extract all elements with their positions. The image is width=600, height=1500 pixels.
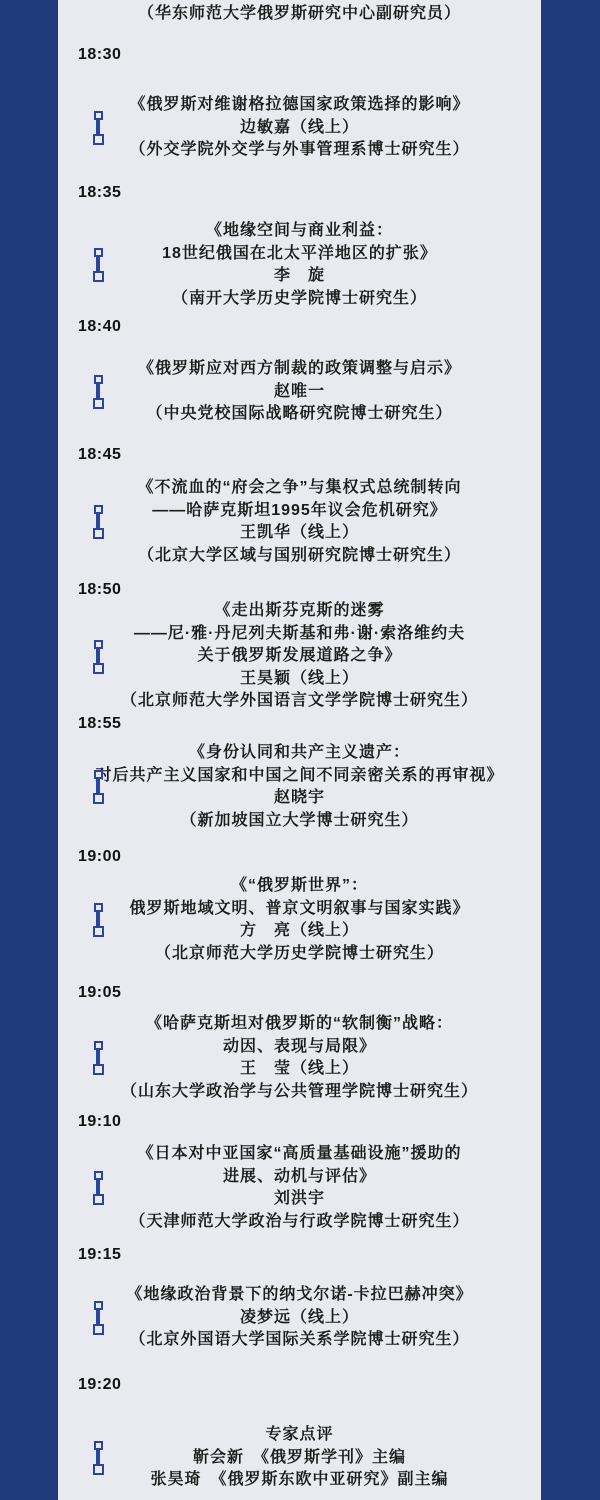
timeline-link-icon xyxy=(92,770,105,804)
entry-text-line: 进展、动机与评估》 xyxy=(58,1166,541,1189)
entry-text-line: 靳会新 《俄罗斯学刊》主编 xyxy=(58,1447,541,1470)
timeline-link-icon xyxy=(92,1441,105,1475)
entry-text-line: 《走出斯芬克斯的迷雾 xyxy=(58,600,541,623)
entry-text-line: 对后共产主义国家和中国之间不同亲密关系的再审视》 xyxy=(58,765,541,788)
time-label: 19:20 xyxy=(78,1376,121,1394)
schedule-entry: 《哈萨克斯坦对俄罗斯的“软制衡”战略： 动因、表现与局限》 王 莹（线上） （山… xyxy=(58,1013,541,1103)
entry-text-line: 《“俄罗斯世界”： xyxy=(58,875,541,898)
agenda-content: （华东师范大学俄罗斯研究中心副研究员） 18:30 《俄罗斯对维谢格拉德国家政策… xyxy=(58,0,541,1500)
time-label: 18:30 xyxy=(78,46,121,64)
entry-text: 专家点评 靳会新 《俄罗斯学刊》主编 张昊琦 《俄罗斯东欧中亚研究》副主编 xyxy=(58,1424,541,1492)
entry-text-line: 《地缘空间与商业利益： xyxy=(58,220,541,243)
timeline-link-icon xyxy=(92,1301,105,1335)
schedule-entry: 专家点评 靳会新 《俄罗斯学刊》主编 张昊琦 《俄罗斯东欧中亚研究》副主编 xyxy=(58,1424,541,1492)
entry-text-line: （外交学院外交学与外事管理系博士研究生） xyxy=(58,139,541,162)
schedule-entry: 《俄罗斯对维谢格拉德国家政策选择的影响》 边敏嘉（线上） （外交学院外交学与外事… xyxy=(58,94,541,162)
entry-text-line: 王凯华（线上） xyxy=(58,522,541,545)
entry-text-line: 王昊颖（线上） xyxy=(58,668,541,691)
entry-text: 《地缘政治背景下的纳戈尔诺-卡拉巴赫冲突》 凌梦远（线上） （北京外国语大学国际… xyxy=(58,1284,541,1352)
entry-text-line: ——哈萨克斯坦1995年议会危机研究》 xyxy=(58,500,541,523)
entry-text-line: （北京师范大学历史学院博士研究生） xyxy=(58,943,541,966)
entry-text: 《“俄罗斯世界”： 俄罗斯地域文明、普京文明叙事与国家实践》 方 亮（线上） （… xyxy=(58,875,541,965)
entry-text-line: （新加坡国立大学博士研究生） xyxy=(58,810,541,833)
entry-text-line: （北京师范大学外国语言文学学院博士研究生） xyxy=(58,690,541,713)
time-label: 18:35 xyxy=(78,184,121,202)
schedule-entry: 《“俄罗斯世界”： 俄罗斯地域文明、普京文明叙事与国家实践》 方 亮（线上） （… xyxy=(58,875,541,965)
schedule-entry: 《不流血的“府会之争”与集权式总统制转向 ——哈萨克斯坦1995年议会危机研究》… xyxy=(58,477,541,567)
entry-text-line: 动因、表现与局限》 xyxy=(58,1036,541,1059)
entry-text-line: 俄罗斯地域文明、普京文明叙事与国家实践》 xyxy=(58,898,541,921)
entry-text: 《俄罗斯对维谢格拉德国家政策选择的影响》 边敏嘉（线上） （外交学院外交学与外事… xyxy=(58,94,541,162)
entry-text-line: 《日本对中亚国家“高质量基础设施”援助的 xyxy=(58,1143,541,1166)
entry-text-line: 《俄罗斯对维谢格拉德国家政策选择的影响》 xyxy=(58,94,541,117)
time-label: 18:45 xyxy=(78,446,121,464)
entry-text-line: （中央党校国际战略研究院博士研究生） xyxy=(58,403,541,426)
entry-text-line: 赵晓宇 xyxy=(58,787,541,810)
timeline-link-icon xyxy=(92,640,105,674)
previous-speaker-affiliation: （华东师范大学俄罗斯研究中心副研究员） xyxy=(58,2,541,26)
time-label: 18:55 xyxy=(78,715,121,733)
time-label: 19:05 xyxy=(78,984,121,1002)
timeline-link-icon xyxy=(92,1041,105,1075)
entry-text-line: 《不流血的“府会之争”与集权式总统制转向 xyxy=(58,477,541,500)
timeline-link-icon xyxy=(92,1171,105,1205)
entry-text-line: （山东大学政治学与公共管理学院博士研究生） xyxy=(58,1081,541,1104)
entry-text-line: （北京大学区域与国别研究院博士研究生） xyxy=(58,545,541,568)
time-label: 19:15 xyxy=(78,1246,121,1264)
entry-text-line: 凌梦远（线上） xyxy=(58,1307,541,1330)
timeline-link-icon xyxy=(92,248,105,282)
entry-text-line: （天津师范大学政治与行政学院博士研究生） xyxy=(58,1211,541,1234)
time-label: 18:40 xyxy=(78,318,121,336)
schedule-entry: 《俄罗斯应对西方制裁的政策调整与启示》 赵唯一 （中央党校国际战略研究院博士研究… xyxy=(58,358,541,426)
timeline-link-icon xyxy=(92,111,105,145)
time-label: 19:10 xyxy=(78,1113,121,1131)
left-border-bar xyxy=(0,0,58,1500)
entry-text-line: （南开大学历史学院博士研究生） xyxy=(58,288,541,311)
entry-text-line: （北京外国语大学国际关系学院博士研究生） xyxy=(58,1329,541,1352)
entry-text-line: 李 旋 xyxy=(58,265,541,288)
entry-text-line: 方 亮（线上） xyxy=(58,920,541,943)
entry-text-line: 《地缘政治背景下的纳戈尔诺-卡拉巴赫冲突》 xyxy=(58,1284,541,1307)
time-label: 19:00 xyxy=(78,848,121,866)
entry-text-line: 赵唯一 xyxy=(58,381,541,404)
entry-text-line: 18世纪俄国在北太平洋地区的扩张》 xyxy=(58,243,541,266)
schedule-entry: 《地缘政治背景下的纳戈尔诺-卡拉巴赫冲突》 凌梦远（线上） （北京外国语大学国际… xyxy=(58,1284,541,1352)
entry-text-line: 王 莹（线上） xyxy=(58,1058,541,1081)
timeline-link-icon xyxy=(92,903,105,937)
entry-text: 《走出斯芬克斯的迷雾 ——尼·雅·丹尼列夫斯基和弗·谢·索洛维约夫 关于俄罗斯发… xyxy=(58,600,541,713)
entry-text: 《日本对中亚国家“高质量基础设施”援助的 进展、动机与评估》 刘洪宇 （天津师范… xyxy=(58,1143,541,1233)
time-label: 18:50 xyxy=(78,581,121,599)
entry-text-line: 专家点评 xyxy=(58,1424,541,1447)
entry-text: 《身份认同和共产主义遗产： 对后共产主义国家和中国之间不同亲密关系的再审视》 赵… xyxy=(58,742,541,832)
entry-text-line: 《身份认同和共产主义遗产： xyxy=(58,742,541,765)
schedule-entry: 《日本对中亚国家“高质量基础设施”援助的 进展、动机与评估》 刘洪宇 （天津师范… xyxy=(58,1143,541,1233)
entry-text-line: 张昊琦 《俄罗斯东欧中亚研究》副主编 xyxy=(58,1469,541,1492)
entry-text: 《哈萨克斯坦对俄罗斯的“软制衡”战略： 动因、表现与局限》 王 莹（线上） （山… xyxy=(58,1013,541,1103)
entry-text-line: 关于俄罗斯发展道路之争》 xyxy=(58,645,541,668)
entry-text-line: 边敏嘉（线上） xyxy=(58,117,541,140)
entry-text: 《不流血的“府会之争”与集权式总统制转向 ——哈萨克斯坦1995年议会危机研究》… xyxy=(58,477,541,567)
timeline-link-icon xyxy=(92,505,105,539)
timeline-link-icon xyxy=(92,375,105,409)
entry-text: 《地缘空间与商业利益： 18世纪俄国在北太平洋地区的扩张》 李 旋 （南开大学历… xyxy=(58,220,541,310)
entry-text: 《俄罗斯应对西方制裁的政策调整与启示》 赵唯一 （中央党校国际战略研究院博士研究… xyxy=(58,358,541,426)
schedule-entry: 《身份认同和共产主义遗产： 对后共产主义国家和中国之间不同亲密关系的再审视》 赵… xyxy=(58,742,541,832)
right-border-bar xyxy=(541,0,600,1500)
schedule-entry: 《走出斯芬克斯的迷雾 ——尼·雅·丹尼列夫斯基和弗·谢·索洛维约夫 关于俄罗斯发… xyxy=(58,600,541,713)
entry-text-line: 刘洪宇 xyxy=(58,1188,541,1211)
schedule-entry: 《地缘空间与商业利益： 18世纪俄国在北太平洋地区的扩张》 李 旋 （南开大学历… xyxy=(58,220,541,310)
entry-text-line: 《哈萨克斯坦对俄罗斯的“软制衡”战略： xyxy=(58,1013,541,1036)
entry-text-line: 《俄罗斯应对西方制裁的政策调整与启示》 xyxy=(58,358,541,381)
entry-text-line: ——尼·雅·丹尼列夫斯基和弗·谢·索洛维约夫 xyxy=(58,623,541,646)
